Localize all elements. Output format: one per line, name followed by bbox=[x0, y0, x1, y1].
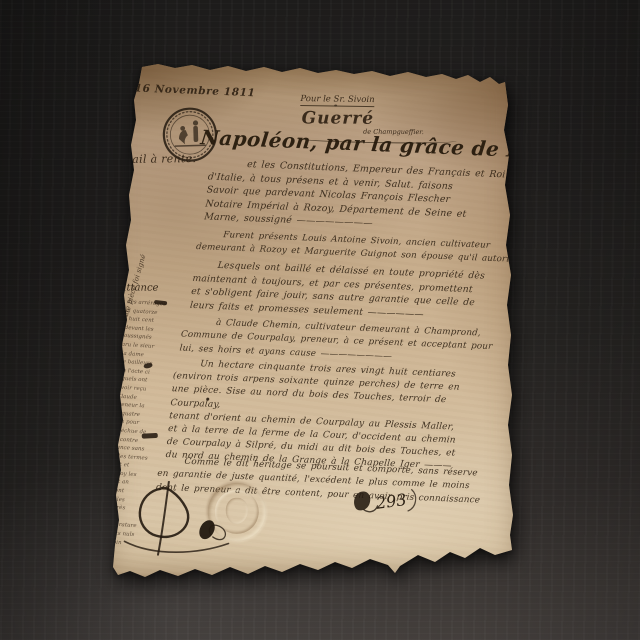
table-surface: 16 Novembre 1811 Pour le Sr. Sivoin Guer… bbox=[0, 0, 640, 640]
ink-speck bbox=[334, 104, 337, 106]
ink-blot bbox=[142, 433, 158, 439]
registration-note: Pour le Sr. Sivoin bbox=[300, 94, 374, 107]
ink-speck bbox=[206, 398, 209, 401]
document-date: 16 Novembre 1811 bbox=[134, 82, 255, 99]
deed-paragraph-lease: Lesquels ont baillé et délaissé en toute… bbox=[189, 258, 508, 325]
deed-paragraph-preamble: et les Constitutions, Empereur des Franç… bbox=[204, 156, 518, 236]
document-sheet: 16 Novembre 1811 Pour le Sr. Sivoin Guer… bbox=[100, 55, 525, 580]
document-paper: 16 Novembre 1811 Pour le Sr. Sivoin Guer… bbox=[100, 55, 525, 580]
notary-paraph: 293 bbox=[347, 478, 433, 523]
clerk-signature: Guerré bbox=[302, 108, 375, 128]
deed-content: 16 Novembre 1811 Pour le Sr. Sivoin Guer… bbox=[79, 55, 525, 597]
signature-flourish bbox=[105, 479, 240, 572]
paraph-number: 293 bbox=[374, 490, 408, 513]
margin-label-bail-a-rente: Bail à rente. bbox=[124, 152, 197, 166]
margin-heading-quittance: Quittance bbox=[109, 282, 159, 293]
